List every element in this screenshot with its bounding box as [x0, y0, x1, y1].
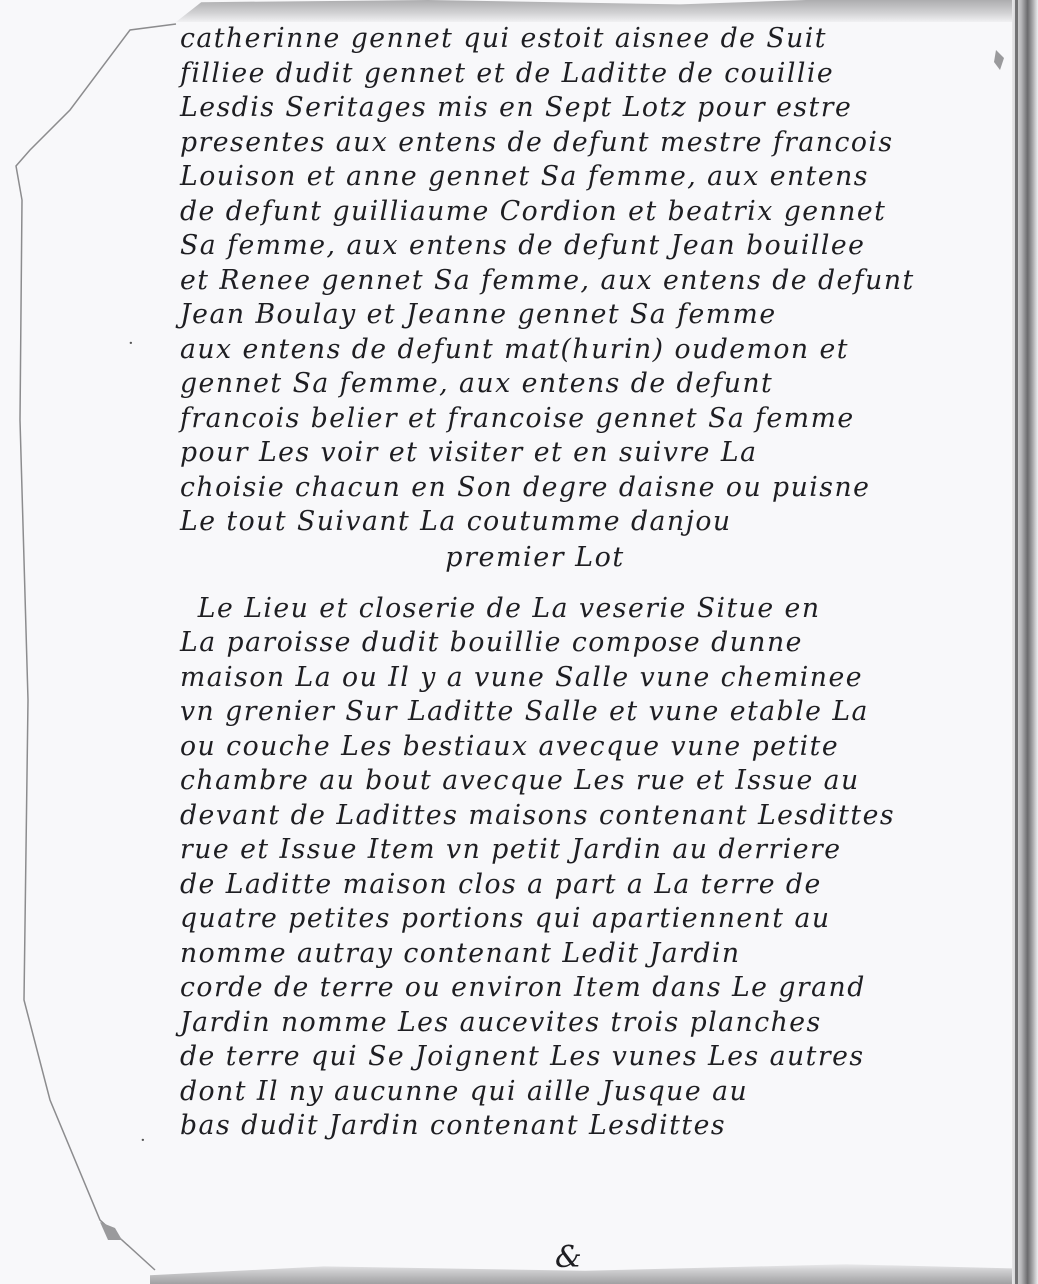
binding-gutter [1015, 0, 1018, 1284]
text-line: de defunt guilliaume Cordion et beatrix … [180, 195, 1000, 230]
text-line: aux entens de defunt mat(hurin) oudemon … [180, 333, 1000, 368]
spacer [180, 576, 1010, 592]
text-line: catherinne gennet qui estoit aisnee de S… [180, 22, 1000, 57]
text-line: vn grenier Sur Laditte Salle et vune eta… [180, 695, 1000, 730]
text-line: Jardin nomme Les aucevites trois planche… [180, 1006, 1000, 1041]
text-line: gennet Sa femme, aux entens de defunt [180, 367, 1000, 402]
text-line: Louison et anne gennet Sa femme, aux ent… [180, 160, 1000, 195]
text-line: choisie chacun en Son degre daisne ou pu… [180, 471, 1000, 506]
text-line: ou couche Les bestiaux avecque vune peti… [180, 730, 1000, 765]
text-line: maison La ou Il y a vune Salle vune chem… [180, 661, 1000, 696]
text-line: Jean Boulay et Jeanne gennet Sa femme [180, 298, 1000, 333]
text-line: dont Il ny aucunne qui aille Jusque au [180, 1075, 1000, 1110]
text-line: devant de Ladittes maisons contenant Les… [180, 799, 1000, 834]
section-heading: premier Lot [180, 540, 1010, 576]
text-line: rue et Issue Item vn petit Jardin au der… [180, 833, 1000, 868]
text-line: Le tout Suivant La coutumme danjou [180, 505, 1000, 540]
text-line: francois belier et francoise gennet Sa f… [180, 402, 1000, 437]
margin-dot: · [128, 333, 134, 354]
text-line: Lesdis Seritages mis en Sept Lotz pour e… [180, 91, 1000, 126]
text-line: et Renee gennet Sa femme, aux entens de … [180, 264, 1000, 299]
text-line: presentes aux entens de defunt mestre fr… [180, 126, 1000, 161]
text-line: pour Les voir et visiter et en suivre La [180, 436, 1000, 471]
text-line: corde de terre ou environ Item dans Le g… [180, 971, 1000, 1006]
catchword: & [555, 1240, 582, 1275]
text-line: chambre au bout avecque Les rue et Issue… [180, 764, 1000, 799]
text-line: La paroisse dudit bouillie compose dunne [180, 626, 1000, 661]
torn-bottom-edge [150, 1262, 1020, 1284]
torn-top-edge [176, 0, 1016, 22]
text-line: filliee dudit gennet et de Laditte de co… [180, 57, 1000, 92]
text-line: de Laditte maison clos a part a La terre… [180, 868, 1000, 903]
text-line: nomme autray contenant Ledit Jardin [180, 937, 1000, 972]
text-line: quatre petites portions qui apartiennent… [180, 902, 1000, 937]
text-line: bas dudit Jardin contenant Lesdittes [180, 1109, 1000, 1144]
manuscript-text: catherinne gennet qui estoit aisnee de S… [180, 22, 1010, 1144]
text-line: Le Lieu et closerie de La veserie Situe … [180, 592, 1000, 627]
text-line: Sa femme, aux entens de defunt Jean boui… [180, 229, 1000, 264]
margin-dot: · [140, 1130, 146, 1151]
manuscript-scan: · · catherinne gennet qui estoit aisnee … [0, 0, 1038, 1284]
text-line: de terre qui Se Joignent Les vunes Les a… [180, 1040, 1000, 1075]
